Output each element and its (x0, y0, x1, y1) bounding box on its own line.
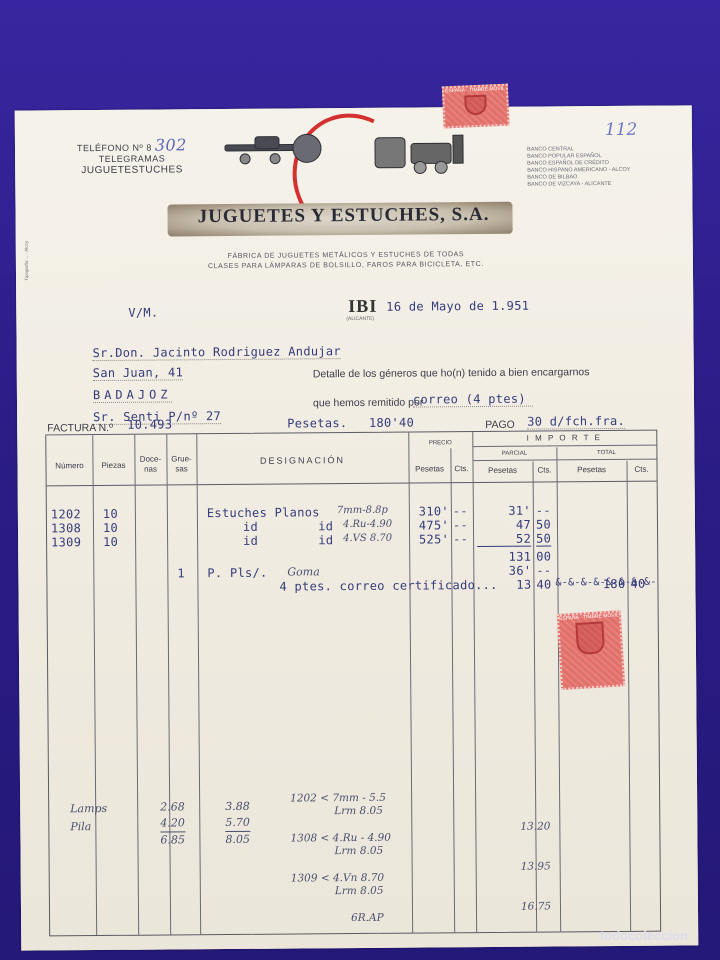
hdr-gruesas: Grue-sas (166, 454, 196, 474)
hand-ref: 1308 (290, 832, 317, 844)
watermark: todocoleccion (600, 928, 688, 943)
corner-handwritten-number: 112 (605, 120, 638, 140)
row-designacion: 4 ptes. correo certificado... (279, 578, 497, 594)
hdr-parcial-pesetas: Pesetas (473, 466, 533, 476)
recipient-city: BADAJOZ (93, 387, 172, 403)
hand-b: Lrm 8.05 (334, 805, 383, 817)
telegramas-value: JUGUETESTUCHES (77, 164, 187, 176)
hand-calc-right: 1202 < 7mm - 5.5 Lrm 8.05 1308 < 4.Ru - … (290, 791, 481, 925)
row-precio-cts: -- (453, 504, 468, 518)
hand-b: Lrm 8.05 (334, 845, 383, 857)
coat-of-arms-icon (464, 95, 487, 116)
pesetas-value: 180'40 (369, 416, 414, 430)
hand-label: Pila (70, 818, 107, 836)
hand-calc-left-labels: Lamps Pila (70, 800, 107, 836)
row-numero: 1309 (51, 535, 81, 549)
pago-label: PAGO (485, 419, 515, 431)
row-hand-note: Goma (287, 565, 320, 578)
pesetas-label: Pesetas. (287, 416, 347, 430)
factura-number: 10.493 (127, 417, 172, 431)
pesetas-total: Pesetas. 180'40 (287, 416, 414, 431)
header-divider (47, 481, 657, 487)
revenue-stamp-middle: ESPAÑA · TIMBRE MOVIL (557, 610, 625, 690)
revenue-stamp-top: ESPAÑA · TIMBRE MOVIL (442, 84, 510, 129)
hdr-numero: Número (46, 461, 92, 471)
hand-a: 7mm - 5.5 (332, 792, 386, 804)
city: IBI (348, 296, 377, 317)
invoice-date: 16 de Mayo de 1.951 (386, 299, 529, 314)
hand-ref: 1309 (291, 872, 318, 884)
recipient-name: Sr.Don. Jacinto Rodriguez Andujar (93, 344, 341, 361)
company-name: JUGUETES Y ESTUCHES, S.A. (173, 204, 513, 229)
hand-value: 6.85 (160, 831, 185, 848)
hand-a: 4.Vn 8.70 (333, 872, 384, 884)
row-piezas: 10 (103, 535, 118, 549)
hand-result: 13.20 (520, 806, 550, 846)
hdr-total: TOTAL (556, 448, 656, 459)
hand-value: 8.05 (225, 831, 250, 848)
row-hand-note: 4.Ru-4.90 (343, 519, 392, 530)
hdr-docenas: Doce-nas (134, 454, 166, 474)
hdr-parcial-cts: Cts. (533, 465, 557, 475)
row-hand-note: 7mm-8.8p (337, 505, 388, 516)
watermark-text: todocoleccion (600, 928, 688, 943)
row-parcial-cts: -- (536, 503, 551, 517)
hdr-parcial: PARCIAL (472, 448, 556, 459)
hand-calc-line: 1309 < 4.Vn 8.70 Lrm 8.05 (291, 871, 481, 912)
coat-of-arms-icon (575, 621, 605, 655)
row-designacion: id id (243, 533, 333, 548)
importe-divider (472, 445, 656, 447)
hdr-piezas: Piezas (92, 461, 134, 471)
hand-result: 13.95 (521, 846, 551, 886)
hand-bottom-note: 6R.AP (351, 911, 481, 925)
hdr-importe: I M P O R T E (472, 433, 656, 444)
hand-calc-results: 13.20 13.95 16.75 (520, 806, 551, 926)
tagline-line2: CLASES PARA LÁMPARAS DE BOLSILLO, FAROS … (186, 260, 506, 273)
hand-calc-col2: 3.88 5.70 8.05 (225, 799, 250, 848)
parcial-divider (472, 459, 656, 461)
hdr-designacion: DESIGNACIÓN (196, 455, 408, 467)
subtotal-parcial-cts: 00 (536, 549, 551, 563)
row-total-cts: 40 (630, 577, 645, 591)
hand-value: 3.88 (225, 799, 250, 815)
hand-value: 2.68 (160, 799, 185, 815)
hdr-precio: PRECIO (408, 438, 472, 449)
bank-item: BANCO DE VIZCAYA - ALICANTE (527, 181, 657, 189)
vm-label: V/M. (128, 306, 158, 320)
row-piezas: 10 (103, 507, 118, 521)
stamp-label: ESPAÑA · TIMBRE MOVIL (559, 612, 619, 622)
hdr-precio-cts: Cts. (451, 464, 473, 474)
row-parcial-cts: 50 (536, 531, 551, 546)
row-gruesas: 1 (177, 566, 185, 580)
hand-ref: 1202 (290, 792, 317, 804)
row-parcial: 13 (477, 578, 531, 592)
row-numero: 1308 (51, 521, 81, 535)
remitido-text: que hemos remitido por (313, 396, 423, 409)
hand-value: 4.20 (160, 815, 185, 831)
row-parcial: 31' (477, 504, 531, 518)
hand-label: Lamps (70, 800, 107, 818)
hand-calc-line: 1308 < 4.Ru - 4.90 Lrm 8.05 (290, 831, 480, 872)
city-sub: (ALICANTE) (346, 316, 374, 322)
row-hand-note: 4.VS 8.70 (343, 533, 392, 544)
hdr-precio-pesetas: Pesetas (409, 464, 451, 474)
row-parcial-cts: 50 (536, 517, 551, 531)
row-numero: 1202 (51, 507, 81, 521)
row-total: 180 (587, 577, 625, 591)
hand-value: 5.70 (225, 815, 250, 831)
subtotal-parcial: 131 (477, 550, 531, 564)
row-precio: 475' (409, 518, 449, 532)
row-parcial-cts: -- (536, 563, 551, 577)
recipient-street: San Juan, 41 (93, 365, 183, 381)
pago-value: 30 d/fch.fra. (527, 414, 625, 430)
row-designacion: Estuches Planos (207, 505, 320, 520)
row-precio: 310' (409, 504, 449, 518)
hand-calc-col1: 2.68 4.20 6.85 (160, 799, 185, 848)
row-precio-cts: -- (453, 532, 468, 546)
hdr-total-cts: Cts. (627, 465, 657, 475)
row-parcial: 36' (477, 564, 531, 578)
row-piezas: 10 (103, 521, 118, 535)
hand-b: Lrm 8.05 (335, 885, 384, 897)
hand-a: 4.Ru - 4.90 (333, 832, 391, 844)
row-designacion: P. Pls/. (207, 566, 267, 580)
shipping-via: correo (4 ptes) (413, 392, 533, 408)
invoice-paper: TELÉFONO Nº 8 302 TELEGRAMAS JUGUETESTUC… (15, 105, 699, 950)
contact-block: TELÉFONO Nº 8 302 TELEGRAMAS JUGUETESTUC… (77, 139, 187, 176)
telefono-handwritten: 302 (155, 135, 187, 154)
bank-list: BANCO CENTRAL BANCO POPULAR ESPAÑOL BANC… (527, 146, 657, 189)
hdr-total-pesetas: Pesetas (557, 465, 627, 476)
telegramas-label: TELEGRAMAS (77, 153, 187, 165)
row-parcial: 47 (477, 518, 531, 532)
row-precio-cts: -- (453, 518, 468, 532)
row-parcial-cts: 40 (536, 577, 551, 591)
row-designacion: id id (243, 519, 333, 534)
row-parcial: 52 (477, 532, 531, 547)
stamp-label: ESPAÑA · TIMBRE MOVIL (444, 86, 506, 95)
tagline: FÁBRICA DE JUGUETES METÁLICOS Y ESTUCHES… (186, 250, 506, 273)
detalle-text: Detalle de los géneros que ho(n) tenido … (313, 366, 590, 380)
telefono-label: TELÉFONO Nº 8 (77, 143, 152, 154)
factura-label: FACTURA N.º (47, 422, 113, 435)
hand-result: 16.75 (521, 886, 551, 926)
hand-calc-line: 1202 < 7mm - 5.5 Lrm 8.05 (290, 791, 480, 832)
printer-note: Tipografía ... · Alcoy (24, 241, 29, 281)
row-precio: 525' (409, 532, 449, 546)
